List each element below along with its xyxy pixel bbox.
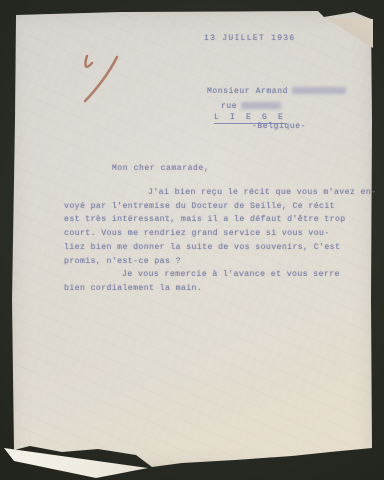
body-line: voyé par l'entremise du Docteur de Seill…	[64, 200, 360, 214]
body-line: est très intéressant, mais il a le défau…	[64, 213, 360, 227]
ink-smudge	[292, 87, 346, 94]
letter-body: J'ai bien reçu le récit que vous m'avez …	[64, 186, 360, 296]
letter-greeting: Mon cher camarade,	[112, 164, 209, 173]
body-line: J'ai bien reçu le récit que vous m'avez …	[64, 186, 360, 200]
recipient-street-text: rue	[221, 102, 237, 111]
recipient-name-text: Monsieur Armand	[207, 87, 288, 96]
recipient-country: -Belgique-	[252, 122, 306, 131]
body-line: promis, n'est-ce pas ?	[64, 255, 360, 269]
recipient-street: rue	[221, 102, 281, 111]
letter-date: 13 JUILLET 1936	[204, 34, 296, 43]
scanned-letter: 13 JUILLET 1936 Monsieur Armand rue L I …	[0, 0, 384, 480]
pencil-check-mark-icon	[76, 48, 122, 109]
body-line: bien cordialement la main.	[64, 282, 360, 296]
recipient-name: Monsieur Armand	[207, 87, 346, 96]
body-line: court. Vous me rendriez grand service si…	[64, 227, 360, 241]
body-line: Je vous remercie à l'avance et vous serr…	[64, 268, 360, 282]
body-line: liez bien me donner la suite de vos souv…	[64, 241, 360, 255]
ink-smudge	[241, 102, 281, 109]
